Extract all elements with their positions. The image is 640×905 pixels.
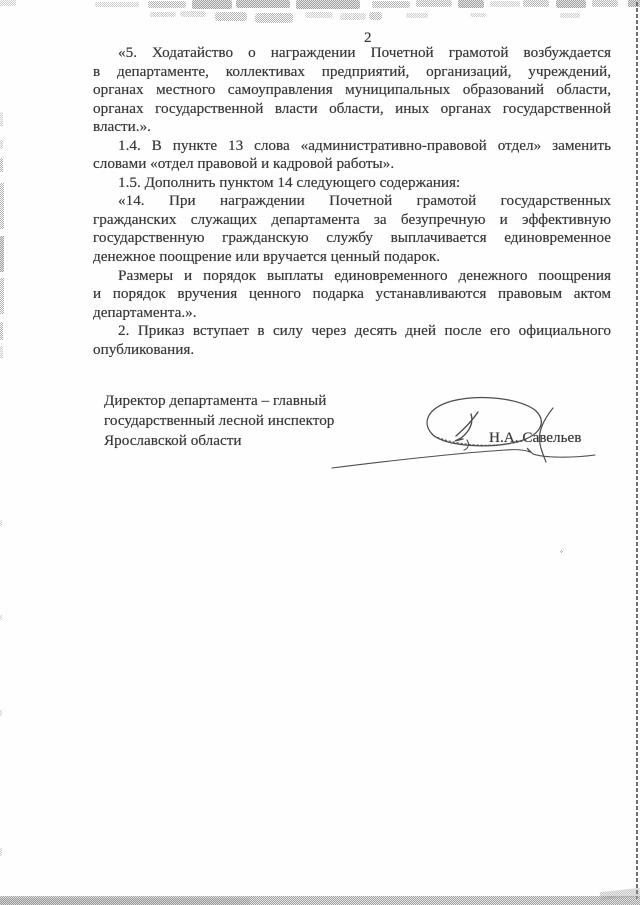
scan-artifact (215, 12, 247, 21)
scan-artifact (592, 0, 618, 7)
paragraph-line: в департаменте, коллективах предприятий,… (93, 63, 611, 82)
scan-artifact (0, 710, 2, 716)
paragraph-line: «14. При награждении Почетной грамотой г… (93, 192, 611, 211)
paragraph-line: Размеры и порядок выплаты единовременног… (93, 267, 611, 286)
scan-artifact (523, 0, 549, 7)
document-body: «5. Ходатайство о награждении Почетной г… (93, 44, 611, 359)
paragraph-line: органах местного самоуправления муниципа… (93, 81, 611, 100)
signatory-title-line: Ярославской области (104, 431, 334, 451)
signature-stroke (332, 448, 595, 468)
scan-artifact (372, 1, 410, 8)
handwritten-signature-icon (328, 392, 640, 478)
signatory-name: Н.А. Савельев (489, 429, 581, 447)
signatory-title-block: Директор департамента – главныйгосударст… (104, 391, 334, 451)
scan-artifact (0, 236, 4, 272)
scan-artifact (490, 1, 520, 7)
scan-artifact (236, 0, 290, 8)
signature-stroke (456, 412, 478, 436)
paragraph: 1.5. Дополнить пунктом 14 следующего сод… (93, 174, 611, 193)
paragraph: «5. Ходатайство о награждении Почетной г… (93, 44, 611, 137)
scan-artifact (192, 0, 232, 9)
scan-artifact (296, 0, 360, 9)
paragraph-line: и порядок вручения ценного подарка устан… (93, 285, 611, 304)
scan-artifact (628, 0, 640, 7)
paragraph-line: 2. Приказ вступает в силу через десять д… (93, 322, 611, 341)
paragraph-line: департамента.». (93, 304, 611, 323)
scan-artifact (148, 1, 186, 8)
scan-artifact (0, 158, 3, 172)
scan-artifact (255, 13, 293, 23)
scan-artifact (0, 346, 3, 358)
scan-artifact (0, 520, 2, 526)
paragraph-line: государственную гражданскую службу выпла… (93, 229, 611, 248)
signatory-title-line: государственный лесной инспектор (104, 411, 334, 431)
scan-artifact (406, 13, 428, 18)
scan-artifact (0, 140, 3, 149)
signature-stroke (464, 440, 468, 450)
scan-artifact (458, 0, 484, 8)
scan-artifact (0, 848, 2, 856)
paragraph: Размеры и порядок выплаты единовременног… (93, 267, 611, 323)
paragraph: 2. Приказ вступает в силу через десять д… (93, 322, 611, 359)
scan-artifact (340, 13, 366, 20)
scan-artifact (180, 11, 206, 17)
scan-speck (560, 550, 563, 553)
scan-artifact (416, 0, 452, 7)
scan-artifact (0, 0, 16, 6)
scan-artifact (470, 13, 486, 17)
scan-artifact (560, 13, 580, 18)
paragraph-line: гражданских служащих департамента за без… (93, 211, 611, 230)
scanned-document-page: 2 «5. Ходатайство о награждении Почетной… (0, 0, 640, 905)
paragraph: 1.4. В пункте 13 слова «административно-… (93, 137, 611, 174)
scan-artifact (150, 12, 176, 17)
scan-artifact (0, 322, 3, 340)
paragraph-line: органах государственной власти области, … (93, 100, 611, 119)
scan-artifact-right-edge (636, 2, 638, 899)
paragraph-line: «5. Ходатайство о награждении Почетной г… (93, 44, 611, 63)
paragraph-line: словами «отдел правовой и кадровой работ… (93, 155, 611, 174)
signature-stroke (455, 414, 472, 441)
scan-artifact (0, 898, 250, 905)
paragraph: «14. При награждении Почетной грамотой г… (93, 192, 611, 266)
scan-artifact (556, 0, 586, 8)
paragraph-line: власти.». (93, 118, 611, 137)
scan-artifact (95, 2, 139, 7)
scan-artifact (0, 615, 2, 620)
scan-artifact (0, 278, 4, 314)
scan-artifact (0, 183, 4, 229)
paragraph-line: опубликования. (93, 341, 611, 360)
scan-artifact (369, 12, 382, 20)
signatory-title-line: Директор департамента – главный (104, 391, 334, 411)
scan-artifact (305, 12, 333, 18)
scan-artifact (0, 112, 3, 126)
paragraph-line: денежное поощрение или вручается ценный … (93, 248, 611, 267)
paragraph-line: 1.4. В пункте 13 слова «административно-… (93, 137, 611, 156)
paragraph-line: 1.5. Дополнить пунктом 14 следующего сод… (93, 174, 611, 193)
